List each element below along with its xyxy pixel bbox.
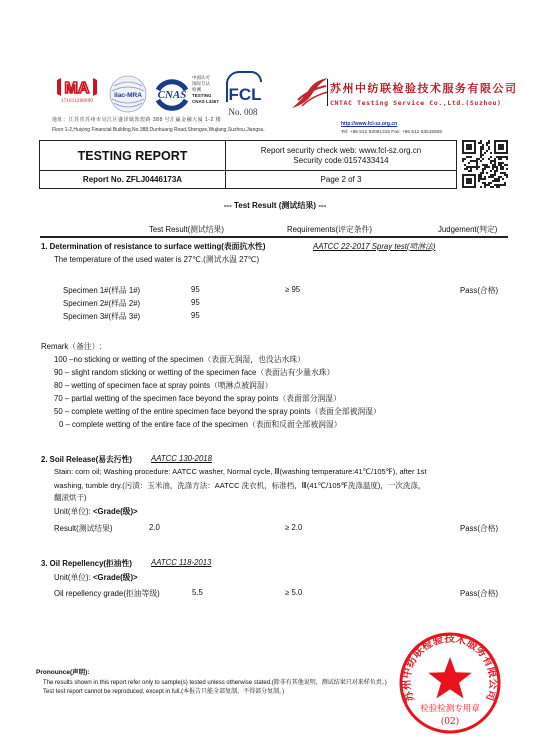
cnas-logo: CNAS: [152, 74, 192, 114]
report-title: TESTING REPORT: [40, 141, 226, 171]
remark-title: Remark（备注）:: [41, 341, 102, 352]
test1-standard: AATCC 22-2017 Spray test(喷淋法): [313, 241, 435, 252]
red-seal-icon: 苏州中纺联检验技术服务有限公司 检验检测专用章 (02): [398, 631, 502, 735]
test2-unit: Unit(单位): <Grade(级)>: [54, 506, 138, 517]
remark-line: 70 – partial wetting of the specimen fac…: [54, 393, 341, 404]
address-en: Floor 1-2,Huiying Financial Building,No.…: [52, 127, 265, 133]
test3-title: 3. Oil Repellency(拒油性): [41, 558, 132, 569]
cntac-swoosh-icon: [290, 76, 330, 110]
report-number: Report No. ZFLJ0446173A: [40, 171, 226, 188]
fcl-logo: FCL No. 008: [223, 70, 263, 117]
test2-unit-label: Unit(单位):: [54, 507, 93, 516]
test1-row-result: 95: [191, 285, 200, 294]
test3-row-judgement: Pass(合格): [460, 588, 498, 599]
svg-text:(02): (02): [441, 716, 459, 727]
security-code: Security code:0157433414: [293, 156, 388, 166]
remark-line: 0 – complete wetting of the entire face …: [59, 419, 342, 430]
column-header-result: Test Result(测试结果): [149, 224, 224, 235]
ilac-globe-icon: ilac-MRA: [108, 74, 148, 114]
remark-line: 90 – slight random sticking or wetting o…: [54, 367, 334, 378]
official-seal: 苏州中纺联检验技术服务有限公司 检验检测专用章 (02): [398, 631, 502, 735]
pronounce-line: Test test report cannot be reproduced, e…: [43, 686, 284, 695]
test1-row-requirement: ≥ 95: [285, 285, 300, 294]
header-rule: [40, 236, 508, 238]
test1-row-result: 95: [191, 311, 200, 320]
address-cn: 地址：江苏省苏州市吴江区盛泽镇敦煌路 388 号汇赢金融大厦 1-2 楼: [52, 116, 221, 123]
test3-row-requirement: ≥ 5.0: [285, 588, 302, 597]
company-name-en: CNTAC Testing Service Co.,Ltd.(Suzhou): [330, 99, 502, 107]
cma-logo: MA 171011260099: [55, 76, 99, 104]
test1-row-label: Specimen 1#(样品 1#): [63, 285, 140, 296]
pronounce-title: Pronounce(声明):: [36, 667, 89, 676]
page-indicator: Page 2 of 3: [226, 171, 456, 188]
qr-code-icon: [462, 140, 508, 188]
pronounce-line: The results shown in this report refer o…: [43, 677, 387, 686]
svg-text:检验检测专用章: 检验检测专用章: [420, 703, 480, 714]
test2-row-requirement: ≥ 2.0: [285, 523, 302, 532]
test1-row-label: Specimen 3#(样品 3#): [63, 311, 140, 322]
column-header-judgement: Judgement(判定): [438, 224, 497, 235]
qr-code: [462, 140, 508, 188]
svg-text:CNAS: CNAS: [158, 89, 187, 101]
fcl-number: No. 008: [223, 107, 263, 117]
test2-row-judgement: Pass(合格): [460, 523, 498, 534]
company-name-cn: 苏州中纺联检验技术服务有限公司: [330, 80, 518, 96]
ilac-mra-logo: ilac-MRA: [108, 74, 148, 114]
test1-note: The temperature of the used water is 27℃…: [54, 254, 259, 265]
cma-code: 171011260099: [55, 99, 99, 104]
security-info: Report security check web: www.fcl-sz.or…: [226, 141, 456, 171]
section-title: --- Test Result (测试结果) ---: [0, 200, 550, 211]
svg-text:ilac-MRA: ilac-MRA: [114, 92, 142, 99]
cma-mark-icon: MA: [55, 76, 99, 98]
test1-row-label: Specimen 2#(样品 2#): [63, 298, 140, 309]
column-header-requirements: Requirements(评定条件): [287, 224, 372, 235]
company-website-link[interactable]: http://www.fcl-sz.org.cn: [341, 121, 397, 127]
cnas-accreditation-text: 中国认可 国际互认 检测 TESTING CNAS L3457: [192, 75, 219, 105]
test1-title: 1. Determination of resistance to surfac…: [41, 241, 265, 252]
contact-tel-fax: Tel: +86 512 63081315 Fax: +86 512 63515…: [341, 130, 442, 135]
test3-row-result: 5.5: [192, 588, 203, 597]
test2-description: 翻滚烘干): [54, 492, 87, 503]
test3-unit: Unit(单位): <Grade(级)>: [54, 572, 138, 583]
test2-standard: AATCC 130-2018: [151, 454, 212, 463]
test3-unit-value: <Grade(级)>: [93, 573, 138, 582]
test2-unit-value: <Grade(级)>: [93, 507, 138, 516]
test2-row-label: Result(测试结果): [54, 523, 112, 534]
test3-row-label: Oil repellency grade(拒油等级): [54, 588, 160, 599]
remark-line: 50 – complete wetting of the entire spec…: [54, 406, 381, 417]
test2-description: Stain: corn oil; Washing procedure: AATC…: [54, 467, 427, 476]
remark-line: 100 –no sticking or wetting of the speci…: [54, 354, 305, 365]
logo-divider: [327, 79, 328, 106]
cnas-mark-icon: CNAS: [152, 74, 192, 114]
test2-title: 2. Soil Release(易去污性): [41, 454, 132, 465]
security-web: Report security check web: www.fcl-sz.or…: [261, 146, 422, 156]
test1-row-result: 95: [191, 298, 200, 307]
fcl-mark-icon: FCL: [223, 70, 263, 104]
svg-text:MA: MA: [65, 80, 90, 97]
test2-description: washing, tumble dry.(污渍：玉米油，洗涤方法：AATCC 洗…: [54, 480, 425, 491]
test3-standard: AATCC 118-2013: [151, 558, 211, 567]
remark-line: 80 – wetting of specimen face at spray p…: [54, 380, 272, 391]
test1-row-judgement: Pass(合格): [460, 285, 498, 296]
cntac-logo: [290, 76, 330, 110]
report-header-box: TESTING REPORT Report security check web…: [39, 140, 457, 189]
test3-unit-label: Unit(单位):: [54, 573, 93, 582]
svg-text:FCL: FCL: [228, 85, 261, 104]
test2-row-result: 2.0: [149, 523, 160, 532]
